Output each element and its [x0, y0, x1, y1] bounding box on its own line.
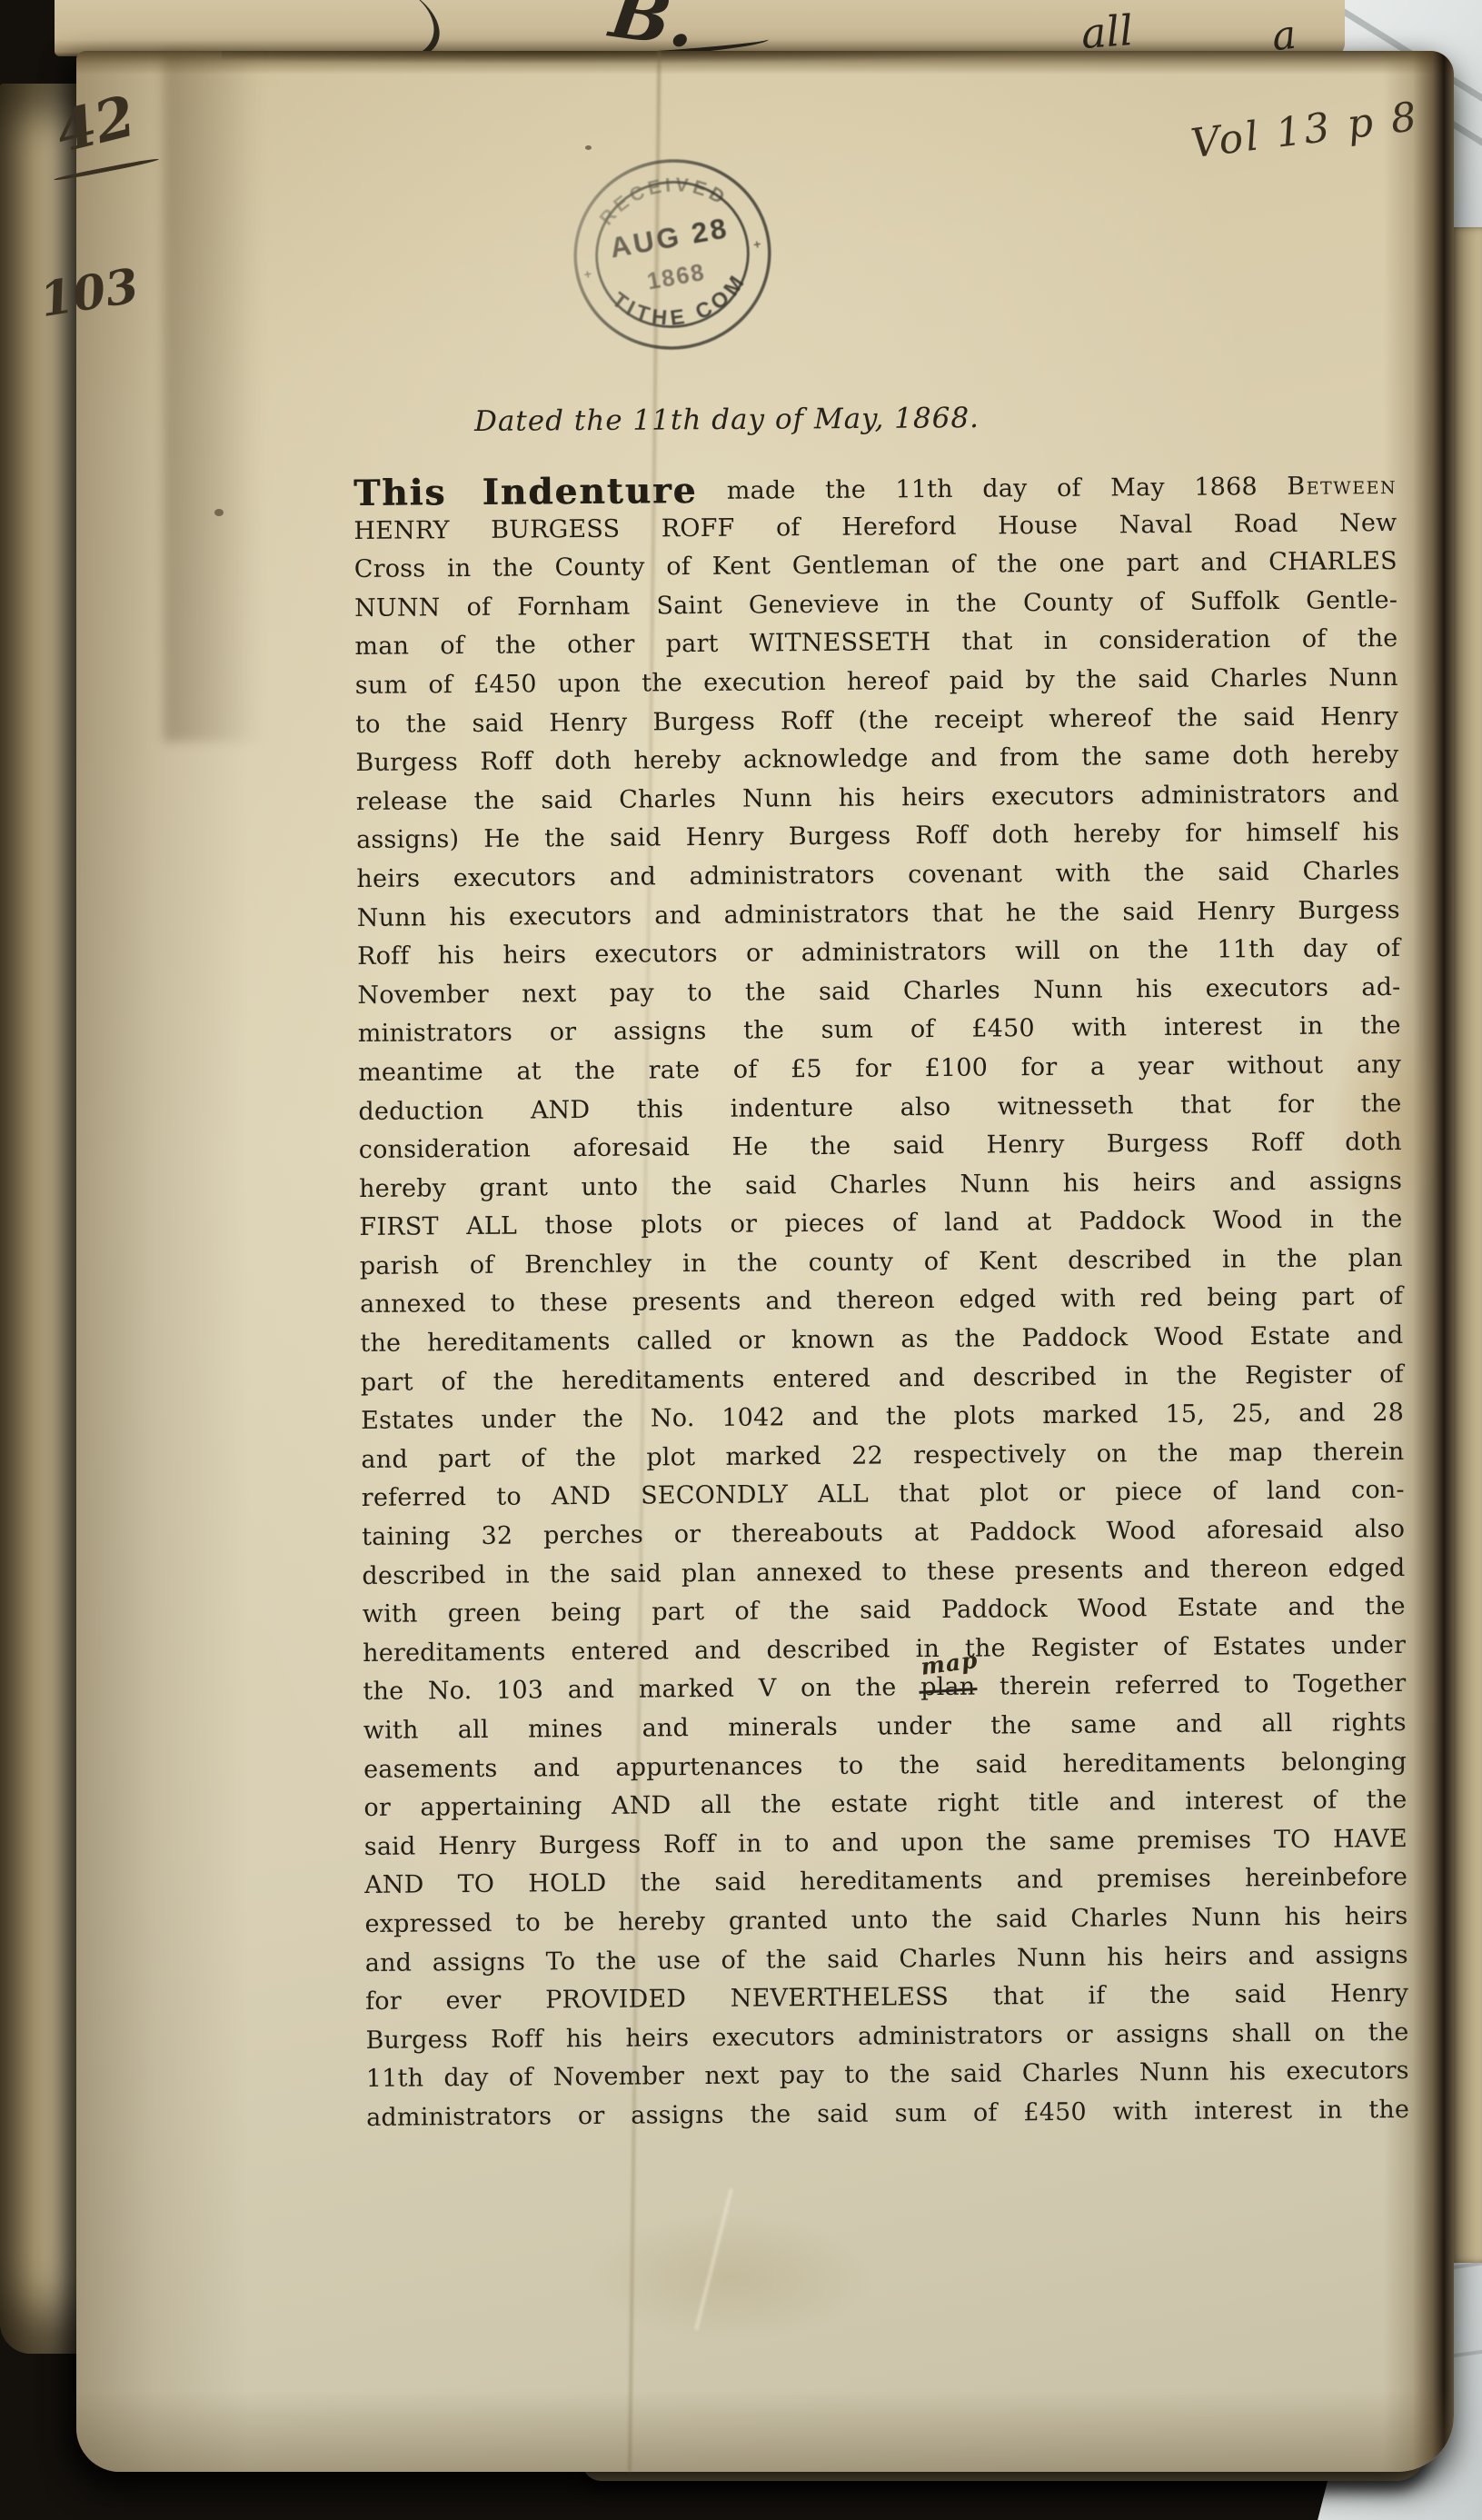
sheet-behind-page: B. all a	[55, 0, 1345, 56]
paper-speck	[214, 509, 224, 516]
stamp-year-text: 1868	[645, 260, 708, 295]
paper-crease	[695, 2188, 733, 2330]
handwriting-partial: a	[1269, 12, 1298, 56]
stamp-graphic: RECEIVED TITHE COM AUG 28 1868 + +	[554, 136, 790, 372]
deed-body: This Indenture made the 11th day of May …	[353, 470, 1409, 2142]
underlying-page-edge-right	[1450, 227, 1482, 2263]
received-date-stamp: RECEIVED TITHE COM AUG 28 1868 + +	[554, 136, 790, 372]
stamp-left-cross: +	[582, 267, 592, 283]
photograph-of-deed: B. all a 42 103 Vol 13 p 8	[0, 0, 1482, 2520]
stamp-right-cross: +	[752, 237, 762, 253]
stamp-date-text: AUG 28	[607, 211, 731, 264]
body-line: administrators or assigns the said sum o…	[366, 2096, 1409, 2143]
page-bottom-shadow	[76, 2390, 1454, 2472]
handwriting-stroke	[318, 0, 453, 56]
paper-stain	[585, 2214, 876, 2341]
paper-speck	[585, 145, 592, 150]
handwriting-partial: all	[1079, 5, 1134, 56]
page-top-grime	[222, 51, 1039, 64]
page-top-grime	[76, 51, 1454, 75]
page-left-fold-shadow	[164, 51, 264, 742]
